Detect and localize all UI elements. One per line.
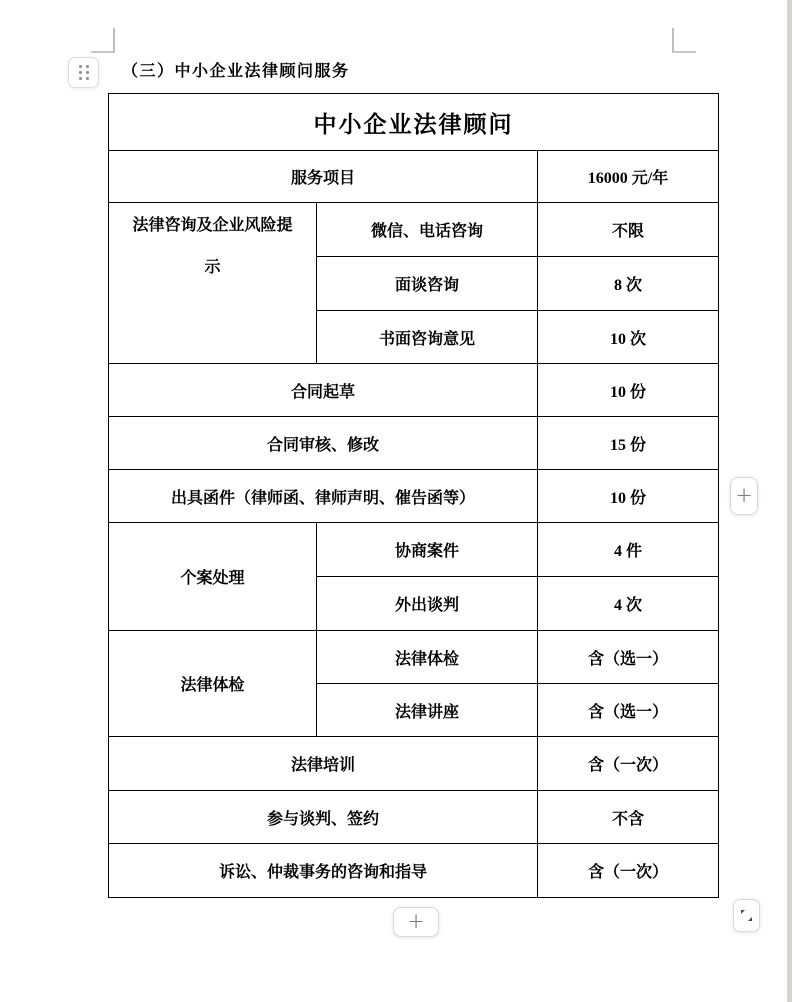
item-cell[interactable]: 法律体检 xyxy=(317,631,538,684)
plus-icon: + xyxy=(407,911,425,934)
item-cell[interactable]: 诉讼、仲裁事务的咨询和指导 xyxy=(109,844,538,898)
table-row: 个案处理 协商案件 4 件 xyxy=(109,523,719,577)
text-boundary-corner-top-right-icon xyxy=(672,28,696,53)
table-row: 参与谈判、签约 不含 xyxy=(109,791,719,844)
value-cell[interactable]: 4 次 xyxy=(538,577,719,631)
table-row: 合同起草 10 份 xyxy=(109,364,719,417)
table-row: 法律培训 含（一次） xyxy=(109,737,719,791)
legal-service-table: 中小企业法律顾问 服务项目 16000 元/年 法律咨询及企业风险提示 微信、电… xyxy=(108,93,719,898)
group-cell-legal-checkup[interactable]: 法律体检 xyxy=(109,631,317,737)
add-row-button[interactable]: + xyxy=(393,907,439,937)
group-cell-consulting[interactable]: 法律咨询及企业风险提示 xyxy=(109,203,317,364)
table-row: 出具函件（律师函、律师声明、催告函等） 10 份 xyxy=(109,470,719,523)
value-cell[interactable]: 8 次 xyxy=(538,257,719,311)
value-cell[interactable]: 10 份 xyxy=(538,470,719,523)
document-page: （三）中小企业法律顾问服务 中小企业法律顾问 服务项目 16000 元/年 法律… xyxy=(0,0,792,1002)
item-cell[interactable]: 法律培训 xyxy=(109,737,538,791)
item-cell[interactable]: 合同审核、修改 xyxy=(109,417,538,470)
plus-icon: + xyxy=(735,485,753,508)
table-row: 合同审核、修改 15 份 xyxy=(109,417,719,470)
item-cell[interactable]: 参与谈判、签约 xyxy=(109,791,538,844)
table-row: 服务项目 16000 元/年 xyxy=(109,151,719,203)
price-cell[interactable]: 16000 元/年 xyxy=(538,151,719,203)
expand-table-button[interactable] xyxy=(733,899,760,932)
item-cell[interactable]: 书面咨询意见 xyxy=(317,311,538,364)
item-cell[interactable]: 合同起草 xyxy=(109,364,538,417)
table-row: 中小企业法律顾问 xyxy=(109,94,719,151)
text-boundary-corner-top-left-icon xyxy=(91,28,115,53)
value-cell[interactable]: 含（一次） xyxy=(538,844,719,898)
section-heading[interactable]: （三）中小企业法律顾问服务 xyxy=(122,59,350,85)
value-cell[interactable]: 不限 xyxy=(538,203,719,257)
scrollbar-strip[interactable] xyxy=(787,0,792,1002)
item-cell[interactable]: 出具函件（律师函、律师声明、催告函等） xyxy=(109,470,538,523)
value-cell[interactable]: 不含 xyxy=(538,791,719,844)
value-cell[interactable]: 4 件 xyxy=(538,523,719,577)
item-cell[interactable]: 面谈咨询 xyxy=(317,257,538,311)
value-cell[interactable]: 15 份 xyxy=(538,417,719,470)
add-column-button[interactable]: + xyxy=(730,477,758,515)
item-cell[interactable]: 法律讲座 xyxy=(317,684,538,737)
table-row: 诉讼、仲裁事务的咨询和指导 含（一次） xyxy=(109,844,719,898)
table-row: 法律体检 法律体检 含（选一） xyxy=(109,631,719,684)
value-cell[interactable]: 含（一次） xyxy=(538,737,719,791)
expand-diagonal-icon xyxy=(740,909,753,922)
item-cell[interactable]: 微信、电话咨询 xyxy=(317,203,538,257)
table-row: 法律咨询及企业风险提示 微信、电话咨询 不限 xyxy=(109,203,719,257)
value-cell[interactable]: 10 次 xyxy=(538,311,719,364)
table-title-cell[interactable]: 中小企业法律顾问 xyxy=(109,94,719,151)
value-cell[interactable]: 10 份 xyxy=(538,364,719,417)
item-cell[interactable]: 外出谈判 xyxy=(317,577,538,631)
six-dot-grid-icon xyxy=(79,65,89,80)
value-cell[interactable]: 含（选一） xyxy=(538,684,719,737)
item-cell[interactable]: 协商案件 xyxy=(317,523,538,577)
value-cell[interactable]: 含（选一） xyxy=(538,631,719,684)
service-header-cell[interactable]: 服务项目 xyxy=(109,151,538,203)
drag-handle-button[interactable] xyxy=(68,57,99,88)
group-cell-case-handling[interactable]: 个案处理 xyxy=(109,523,317,631)
